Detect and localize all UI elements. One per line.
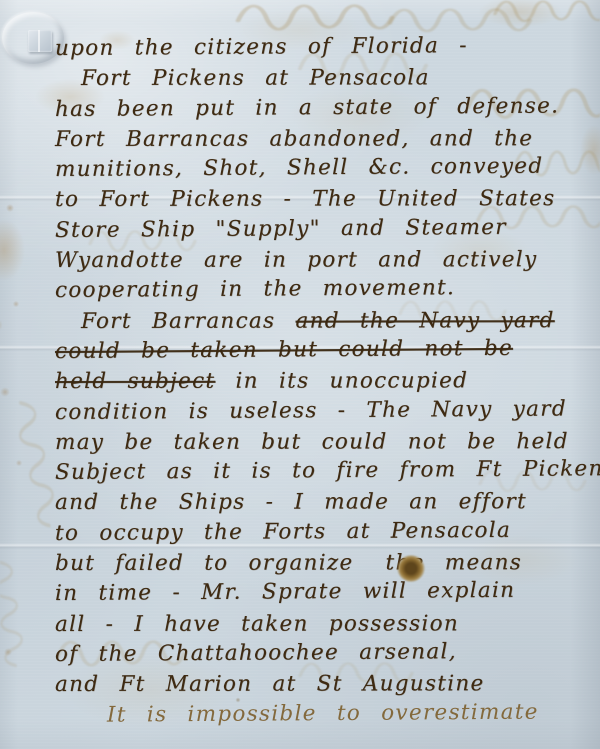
manuscript-line: Fort Barrancas and the Navy yard <box>55 308 595 339</box>
manuscript-line: Fort Pickens at Pensacola <box>55 65 595 96</box>
manuscript-line: has been put in a state of defense. <box>55 93 595 127</box>
line-text: has been put in a state of defense. <box>55 93 559 122</box>
manuscript-line: and the Ships - I made an effort <box>55 490 595 521</box>
manuscript-line: but failed to organizethe means <box>55 550 595 581</box>
manuscript-line: held subject in its unoccupied <box>55 368 595 399</box>
manuscript-line: Subject as it is to fire from Ft Pickens <box>55 456 595 490</box>
manuscript-line: Wyandotte are in port and actively <box>55 247 595 278</box>
manuscript-line: could be taken but could not be <box>55 335 595 369</box>
manuscript-line: Store Ship "Supply" and Steamer <box>55 214 595 248</box>
line-text: munitions, Shot, Shell &c. conveyed <box>55 154 544 182</box>
line-text-after: in its unoccupied <box>215 369 468 394</box>
manuscript-line: upon the citizens of Florida - <box>55 32 595 66</box>
manuscript-line: munitions, Shot, Shell &c. conveyed <box>55 153 595 187</box>
line-text: Fort Barrancas <box>81 308 296 333</box>
manuscript-line: may be taken but could not be held <box>55 429 595 460</box>
manuscript-line: cooperating in the movement. <box>55 275 595 309</box>
line-text: condition is useless - The Navy yard <box>55 396 567 425</box>
manuscript-line: of the Chattahoochee arsenal, <box>55 638 595 672</box>
embossed-seal-center <box>28 30 52 52</box>
line-text: may be taken but could not be held <box>55 429 569 455</box>
manuscript-page: upon the citizens of Florida -Fort Picke… <box>0 0 600 749</box>
line-text: It is impossible to overestimate <box>107 699 539 727</box>
manuscript-line: to occupy the Forts at Pensacola <box>55 517 595 551</box>
line-text: Wyandotte are in port and actively <box>55 247 537 273</box>
manuscript-line: in time - Mr. Sprate will explain <box>55 578 595 612</box>
line-text: cooperating in the movement. <box>55 276 455 304</box>
line-text: Fort Barrancas abandoned, and the <box>55 126 533 152</box>
struck-text: could be taken but could not be <box>55 336 513 364</box>
letter-body: upon the citizens of Florida -Fort Picke… <box>55 36 595 733</box>
line-text: to Fort Pickens - The United States <box>55 187 555 213</box>
line-text: of the Chattahoochee arsenal, <box>55 639 457 667</box>
manuscript-line: Fort Barrancas abandoned, and the <box>55 126 595 157</box>
manuscript-line: It is impossible to overestimate <box>55 699 595 733</box>
manuscript-line: to Fort Pickens - The United States <box>55 187 595 218</box>
manuscript-line: all - I have taken possession <box>55 611 595 642</box>
ink-blot <box>397 555 425 582</box>
line-text: Fort Pickens at Pensacola <box>81 66 430 92</box>
line-text: and the Ships - I made an effort <box>55 490 527 516</box>
manuscript-line: condition is useless - The Navy yard <box>55 396 595 430</box>
line-text: and Ft Marion at St Augustine <box>55 671 485 697</box>
line-text: in time - Mr. Sprate will explain <box>55 578 515 606</box>
line-text: all - I have taken possession <box>55 611 459 637</box>
struck-text: and the Navy yard <box>295 308 554 333</box>
line-text: to occupy the Forts at Pensacola <box>55 518 511 546</box>
line-text: upon the citizens of Florida - <box>55 33 468 61</box>
line-text: Store Ship "Supply" and Steamer <box>55 215 507 243</box>
line-text: but failed to organize <box>55 551 354 577</box>
struck-text: held subject <box>55 369 215 394</box>
manuscript-line: and Ft Marion at St Augustine <box>55 671 595 702</box>
line-text: Subject as it is to fire from Ft Pickens <box>55 456 600 485</box>
